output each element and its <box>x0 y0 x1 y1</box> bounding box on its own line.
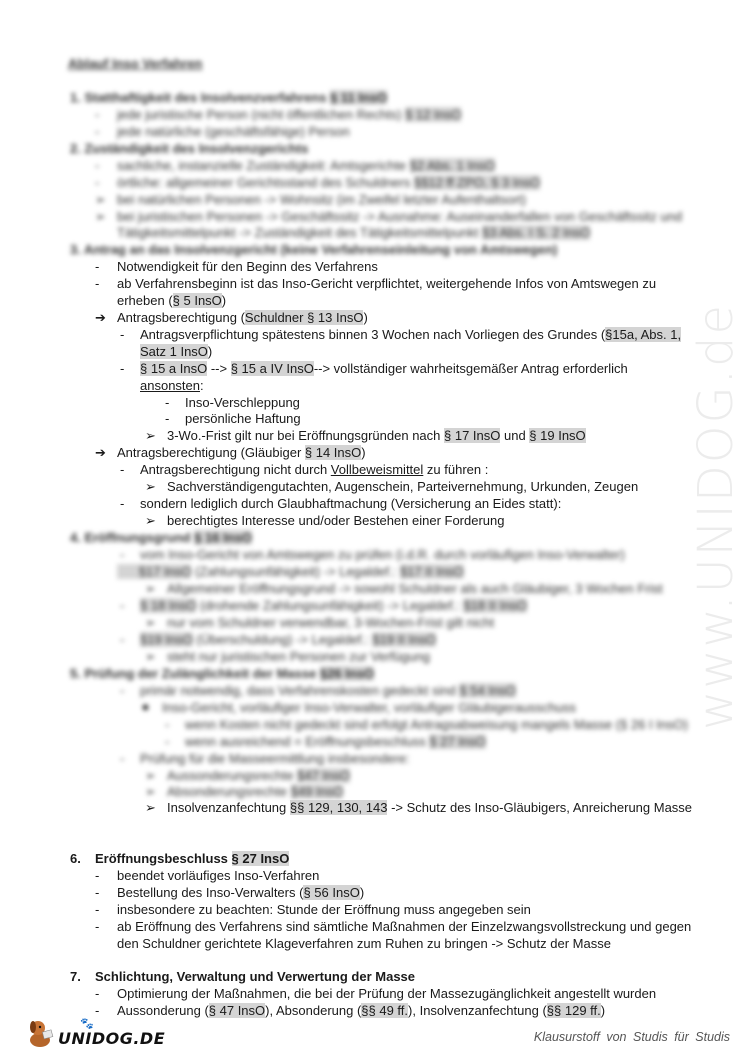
section-7-number: 7. <box>70 968 81 985</box>
dash-bullet: - <box>120 682 124 699</box>
chevron-bullet-icon: ➢ <box>95 191 106 208</box>
section-7-item: Optimierung der Maßnahmen, die bei der P… <box>117 985 656 1002</box>
section-1-item: jede juristische Person (nicht öffentlic… <box>117 106 461 123</box>
section-4-subitem: Allgemeiner Eröffnungsgrund -> sowohl Sc… <box>167 580 663 597</box>
document-title: Ablauf Inso Verfahren <box>68 55 202 72</box>
debtor-item-cont: ansonsten: <box>140 377 204 394</box>
logo-text: UNIDOG.DE <box>58 1029 165 1048</box>
section-2-item: örtliche: allgemeiner Gerichtsstand des … <box>117 174 540 191</box>
section-1-item: jede natürliche (geschäftsfähige) Person <box>117 123 350 140</box>
creditor-subitem: Sachverständigengutachten, Augenschein, … <box>167 478 638 495</box>
dash-bullet: - <box>95 884 99 901</box>
dash-bullet: - <box>95 174 99 191</box>
applicant-creditor: Antragsberechtigung (Gläubiger § 14 InsO… <box>117 444 366 461</box>
section-6-item-cont: den Schuldner gerichtete Klageverfahren … <box>117 935 611 952</box>
consequence-item: Inso-Verschleppung <box>185 394 300 411</box>
section-3-item-cont: erheben (§ 5 InsO) <box>117 292 226 309</box>
chevron-bullet-icon: ➢ <box>145 614 156 631</box>
dash-bullet: - <box>95 901 99 918</box>
section-3-item: ab Verfahrensbeginn ist das Inso-Gericht… <box>117 275 656 292</box>
chevron-bullet-icon: ➢ <box>145 767 156 784</box>
watermark: www.UNIDOG.de <box>688 303 744 730</box>
dash-bullet: - <box>95 918 99 935</box>
chevron-bullet-icon: ➢ <box>145 648 156 665</box>
section-4-item: §17 InsO (Zahlungsunfähigkeit) -> Legald… <box>117 563 464 580</box>
paw-icon: 🐾 <box>80 1019 94 1029</box>
creditor-item: Antragsberechtigung nicht durch Vollbewe… <box>140 461 488 478</box>
section-4-item: §19 InsO (Überschuldung) -> Legaldef.: §… <box>140 631 436 648</box>
dash-bullet: - <box>120 461 124 478</box>
section-5-item: primär notwendig, dass Verfahrenskosten … <box>140 682 516 699</box>
disc-bullet-icon: ⚫ <box>140 699 151 716</box>
dash-bullet: - <box>165 394 169 411</box>
section-2-item-cont: Tätigkeitsmittelpunkt -> Zuständigkeit d… <box>117 224 590 241</box>
section-4-subitem: nur vom Schuldner verwendbar, 3-Wochen-F… <box>167 614 494 631</box>
dash-bullet: - <box>95 985 99 1002</box>
debtor-item: Antragsverpflichtung spätestens binnen 3… <box>140 326 681 343</box>
debtor-item-cont: Satz 1 InsO) <box>140 343 212 360</box>
section-5-subitem: Inso-Gericht, vorläufiger Inso-Verwalter… <box>162 699 576 716</box>
section-4-item: vom Inso-Gericht von Amtswegen zu prüfen… <box>140 546 625 563</box>
dash-bullet: - <box>95 258 99 275</box>
creditor-subitem: berechtigtes Interesse und/oder Bestehen… <box>167 512 505 529</box>
dash-bullet: - <box>120 631 124 648</box>
dash-bullet: - <box>120 597 124 614</box>
dash-bullet: - <box>95 867 99 884</box>
section-5-subitem: wenn ausreichend = Eröffnungsbeschluss §… <box>185 733 486 750</box>
dash-bullet: - <box>95 275 99 292</box>
dash-bullet: - <box>120 546 124 563</box>
section-5-subitem: wenn Kosten nicht gedeckt sind erfolgt A… <box>185 716 688 733</box>
section-2-item: bei natürlichen Personen -> Wohnsitz (im… <box>117 191 526 208</box>
dash-bullet: - <box>120 750 124 767</box>
arrow-bullet-icon: ➔ <box>95 309 106 326</box>
section-6-item: beendet vorläufiges Inso-Verfahren <box>117 867 319 884</box>
section-5-subitem: Insolvenzanfechtung §§ 129, 130, 143 -> … <box>167 799 692 816</box>
chevron-bullet-icon: ➢ <box>145 783 156 800</box>
applicant-debtor: Antragsberechtigung (Schuldner § 13 InsO… <box>117 309 368 326</box>
document-page: www.UNIDOG.de Ablauf Inso Verfahren 1. S… <box>0 0 750 1060</box>
chevron-bullet-icon: ➢ <box>145 580 156 597</box>
chevron-bullet-icon: ➢ <box>145 478 156 495</box>
footer-tagline: Klausurstoff von Studis für Studis <box>534 1030 730 1044</box>
unidog-logo: 🐾 UNIDOG.DE <box>26 1018 165 1048</box>
dash-bullet: - <box>120 360 124 377</box>
chevron-bullet-icon: ➢ <box>95 208 106 225</box>
section-6-item: ab Eröffnung des Verfahrens sind sämtlic… <box>117 918 691 935</box>
creditor-item: sondern lediglich durch Glaubhaftmachung… <box>140 495 561 512</box>
section-5-item: Prüfung für die Masseermittlung insbeson… <box>140 750 410 767</box>
dash-bullet: - <box>95 157 99 174</box>
section-4-subitem: steht nur juristischen Personen zur Verf… <box>167 648 430 665</box>
chevron-bullet-icon: ➢ <box>145 799 156 816</box>
dash-bullet: - <box>95 1002 99 1019</box>
section-6-number: 6. <box>70 850 81 867</box>
debtor-note: 3-Wo.-Frist gilt nur bei Eröffnungsgründ… <box>167 427 586 444</box>
section-6-heading: Eröffnungsbeschluss § 27 InsO <box>95 850 289 867</box>
section-3-item: Notwendigkeit für den Beginn des Verfahr… <box>117 258 378 275</box>
section-5-subitem: Absonderungsrechte §49 InsO <box>167 783 343 800</box>
section-5-subitem: Aussonderungsrechte §47 InsO <box>167 767 350 784</box>
section-1-heading: 1. Statthaftigkeit des Insolvenzverfahre… <box>70 89 387 106</box>
chevron-bullet-icon: ➢ <box>145 512 156 529</box>
section-4-heading: 4. Eröffnungsgrund § 16 InsO <box>70 529 252 546</box>
section-2-item: sachliche, instanzielle Zuständigkeit: A… <box>117 157 495 174</box>
consequence-item: persönliche Haftung <box>185 410 301 427</box>
section-5-heading: 5. Prüfung der Zulänglichkeit der Masse … <box>70 665 374 682</box>
dash-bullet: - <box>95 106 99 123</box>
arrow-bullet-icon: ➔ <box>95 444 106 461</box>
dash-bullet: - <box>95 123 99 140</box>
section-7-heading: Schlichtung, Verwaltung und Verwertung d… <box>95 968 415 985</box>
section-3-heading: 3. Antrag an das Insolvenzgericht (keine… <box>70 241 557 258</box>
dash-bullet: - <box>165 733 169 750</box>
dash-bullet: - <box>120 326 124 343</box>
dog-mascot-icon <box>26 1018 56 1048</box>
chevron-bullet-icon: ➢ <box>145 427 156 444</box>
dash-bullet: - <box>120 495 124 512</box>
debtor-item: § 15 a InsO --> § 15 a IV InsO--> vollst… <box>140 360 628 377</box>
section-7-item: Aussonderung (§ 47 InsO), Absonderung (§… <box>117 1002 605 1019</box>
section-6-item: insbesondere zu beachten: Stunde der Erö… <box>117 901 531 918</box>
section-4-item: § 18 InsO (drohende Zahlungsunfähigkeit)… <box>140 597 527 614</box>
dash-bullet: - <box>165 410 169 427</box>
section-2-item: bei juristischen Personen -> Geschäftssi… <box>117 208 682 225</box>
section-2-heading: 2. Zuständigkeit des Insolvenzgerichts <box>70 140 308 157</box>
section-6-item: Bestellung des Inso-Verwalters (§ 56 Ins… <box>117 884 364 901</box>
dash-bullet: - <box>165 716 169 733</box>
